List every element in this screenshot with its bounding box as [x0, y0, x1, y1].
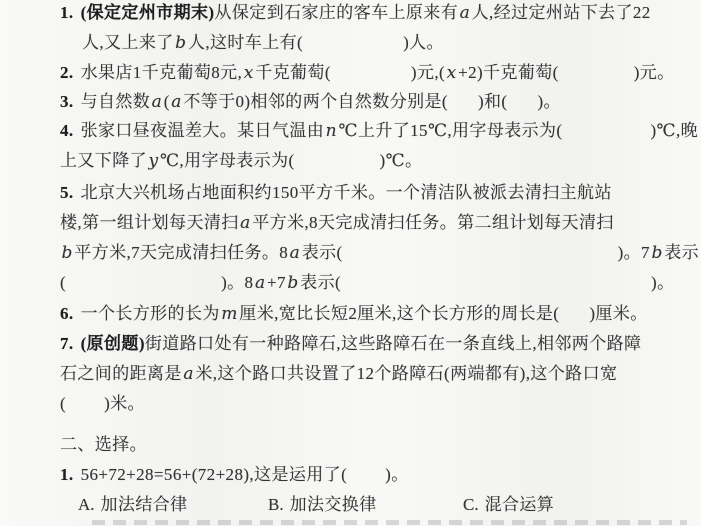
question-5: 5.北京大兴机场占地面积约150平方千米。一个清洁队被派去清扫主航站 楼,第一组… [60, 178, 685, 298]
question-3: 3.与自然数a(a不等于0)相邻的两个自然数分别是()和()。 [60, 87, 685, 117]
option-a-label: A. [78, 495, 95, 514]
option-a-text: 加法结合律 [101, 495, 188, 514]
section-2-question-1-line-1: 1.56+72+28=56+(72+28),这是运用了()。 [60, 460, 685, 490]
question-4: 4.张家口昼夜温差大。某日气温由n℃上升了15℃,用字母表示为()℃,晚 上又下… [60, 116, 685, 176]
question-3-line-1: 3.与自然数a(a不等于0)相邻的两个自然数分别是()和()。 [60, 87, 685, 117]
question-5-line-3: b平方米,7天完成清扫任务。8a表示()。7b表示 [60, 238, 685, 268]
section-2-question-1: 1.56+72+28=56+(72+28),这是运用了()。 [60, 460, 685, 490]
question-1: 1.(保定定州市期末)从保定到石家庄的客车上原来有a人,经过定州站下去了22 人… [60, 0, 685, 58]
option-a: A.加法结合律 [78, 490, 188, 520]
question-6: 6.一个长方形的长为m厘米,宽比长短2厘米,这个长方形的周长是()厘米。 [60, 299, 685, 329]
question-1-line-1: 1.(保定定州市期末)从保定到石家庄的客车上原来有a人,经过定州站下去了22 [60, 0, 685, 28]
question-7: 7.(原创题)街道路口处有一种路障石,这些路障石在一条直线上,相邻两个路障 石之… [60, 329, 685, 419]
question-5-line-4: ()。8a+7b表示()。 [60, 268, 685, 298]
option-c: C.混合运算 [463, 490, 554, 520]
question-7-line-2: 石之间的距离是a米,这个路口共设置了12个路障石(两端都有),这个路口宽 [60, 359, 685, 389]
question-4-line-1: 4.张家口昼夜温差大。某日气温由n℃上升了15℃,用字母表示为()℃,晚 [60, 116, 685, 146]
option-c-text: 混合运算 [485, 495, 555, 514]
section-2-header: 二、选择。 [60, 430, 147, 460]
question-2-line-1: 2.水果店1千克葡萄8元,x千克葡萄()元,(x+2)千克葡萄()元。 [60, 58, 685, 88]
question-1-line-2: 人,又上来了b人,这时车上有()人。 [82, 28, 685, 58]
question-6-line-1: 6.一个长方形的长为m厘米,宽比长短2厘米,这个长方形的周长是()厘米。 [60, 299, 685, 329]
worksheet-page: 1.(保定定州市期末)从保定到石家庄的客车上原来有a人,经过定州站下去了22 人… [0, 0, 701, 526]
question-4-line-2: 上又下降了y℃,用字母表示为()℃。 [60, 146, 685, 176]
cropped-next-line-fragment [92, 520, 687, 525]
question-7-line-1: 7.(原创题)街道路口处有一种路障石,这些路障石在一条直线上,相邻两个路障 [60, 329, 685, 359]
question-2: 2.水果店1千克葡萄8元,x千克葡萄()元,(x+2)千克葡萄()元。 [60, 58, 685, 88]
option-b: B.加法交换律 [268, 490, 377, 520]
question-7-line-3: ()米。 [60, 389, 685, 419]
option-b-label: B. [268, 495, 284, 514]
question-5-line-2: 楼,第一组计划每天清扫a平方米,8天完成清扫任务。第二组计划每天清扫 [60, 208, 685, 238]
answer-options-row: A.加法结合律 B.加法交换律 C.混合运算 [60, 490, 685, 520]
option-b-text: 加法交换律 [290, 495, 377, 514]
option-c-label: C. [463, 495, 479, 514]
question-5-line-1: 5.北京大兴机场占地面积约150平方千米。一个清洁队被派去清扫主航站 [60, 178, 685, 208]
